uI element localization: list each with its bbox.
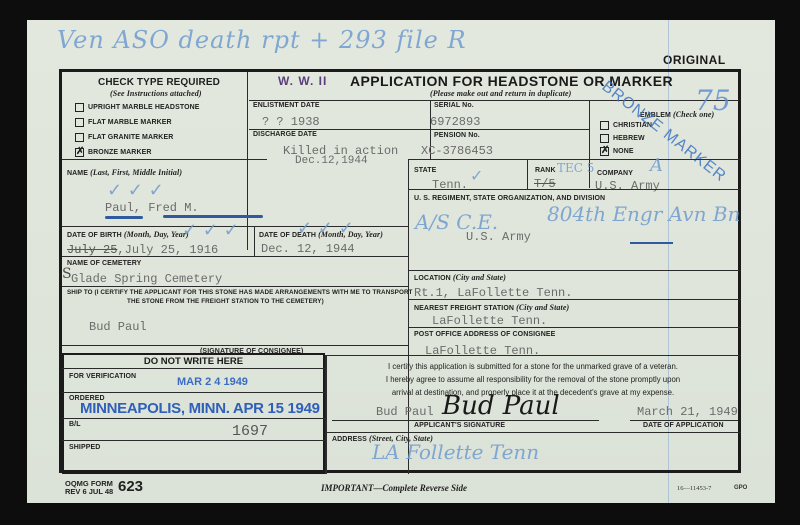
- scribble-annotation: 75: [695, 84, 731, 117]
- regiment-underline: [630, 242, 673, 244]
- ship-to-label-line2: THE STONE FROM THE FREIGHT STATION TO TH…: [127, 298, 324, 305]
- form-id: OQMG FORM REV 6 JUL 48: [65, 480, 113, 496]
- ordered-stamp: MINNEAPOLIS, MINN. APR 15 1949: [80, 400, 320, 417]
- important-note: IMPORTANT—Complete Reverse Side: [321, 483, 467, 493]
- checkbox[interactable]: [75, 118, 84, 127]
- checkbox[interactable]: [75, 133, 84, 142]
- name-value[interactable]: Paul, Fred M.: [105, 201, 199, 215]
- regiment-value[interactable]: U.S. Army: [466, 230, 531, 244]
- enlistment-date-value[interactable]: ? ? 1938: [262, 115, 320, 129]
- rank-correction: TEC 5: [557, 161, 594, 175]
- location-value[interactable]: Rt.1, LaFollette Tenn.: [414, 286, 572, 300]
- company-letter: A: [650, 155, 663, 176]
- emblem-option-hebrew[interactable]: HEBREW: [600, 132, 652, 145]
- gpo-mark: GPO: [734, 485, 747, 491]
- for-verification-label: FOR VERIFICATION: [69, 373, 136, 380]
- company-value[interactable]: U.S. Army: [595, 179, 660, 193]
- option-upright-marble-headstone[interactable]: UPRIGHT MARBLE HEADSTONE: [75, 100, 200, 115]
- serial-no-value[interactable]: 6972893: [430, 115, 480, 129]
- enlistment-date-label: ENLISTMENT DATE: [253, 102, 320, 109]
- shipped-label: SHIPPED: [69, 444, 100, 451]
- date-of-birth-value[interactable]: July 25,July 25, 1916: [67, 243, 218, 257]
- check-type-options: UPRIGHT MARBLE HEADSTONE FLAT MARBLE MAR…: [75, 100, 200, 160]
- location-label: LOCATION (City and State): [414, 273, 506, 282]
- emblem-option-none[interactable]: NONE: [600, 145, 652, 158]
- checkbox[interactable]: [600, 121, 609, 130]
- post-office-label: POST OFFICE ADDRESS OF CONSIGNEE: [414, 331, 555, 338]
- ww2-stamp: W. W. II: [278, 74, 327, 88]
- date-of-application-value[interactable]: March 21, 1949: [637, 405, 738, 419]
- applicant-signature[interactable]: Bud Paul: [442, 391, 560, 421]
- applicant-name-typed: Bud Paul: [376, 405, 434, 419]
- cemetery-label: NAME OF CEMETERY: [67, 260, 141, 267]
- discharge-date-label: DISCHARGE DATE: [253, 131, 317, 138]
- applicant-signature-label: APPLICANT'S SIGNATURE: [414, 422, 505, 429]
- headstone-application-form: Ven ASO death rpt + 293 file R ORIGINAL …: [27, 20, 775, 503]
- option-flat-granite-marker[interactable]: FLAT GRANITE MARKER: [75, 130, 200, 145]
- form-title: APPLICATION FOR HEADSTONE OR MARKER: [350, 73, 673, 89]
- discharge-date-value-2[interactable]: Dec.12,1944: [295, 155, 368, 167]
- dob-checkmarks: ✓ ✓ ✓: [182, 220, 239, 241]
- regiment-label: U. S. REGIMENT, STATE ORGANIZATION, AND …: [414, 195, 605, 202]
- regiment-handwritten-2: 804th Engr Avn Bn: [547, 202, 740, 226]
- state-label: STATE: [414, 167, 436, 174]
- freight-station-value[interactable]: LaFollette Tenn.: [432, 314, 547, 328]
- pension-no-value[interactable]: XC-3786453: [421, 144, 493, 158]
- name-underline: [105, 216, 143, 219]
- ship-to-label-line1: SHIP TO (I CERTIFY THE APPLICANT FOR THI…: [67, 289, 413, 296]
- name-label: NAME (Last, First, Middle Initial): [67, 168, 182, 177]
- state-checkmark: ✓: [470, 166, 483, 185]
- form-subtitle: (Please make out and return in duplicate…: [430, 89, 571, 98]
- name-checkmarks: ✓ ✓ ✓: [107, 180, 164, 201]
- dod-checkmarks: ✓ ✓ ✓: [297, 218, 354, 239]
- date-of-birth-label: DATE OF BIRTH (Month, Day, Year): [67, 230, 189, 239]
- option-bronze-marker[interactable]: BRONZE MARKER: [75, 145, 200, 160]
- check-type-subtitle: (See Instructions attached): [110, 89, 202, 98]
- checkbox[interactable]: [75, 103, 84, 112]
- check-type-title: CHECK TYPE REQUIRED: [98, 77, 220, 88]
- print-code: 16—11453-7: [677, 485, 711, 492]
- handwritten-note-top: Ven ASO death rpt + 293 file R: [57, 26, 467, 54]
- checkbox-checked[interactable]: [600, 147, 609, 156]
- bl-label: B/L: [69, 421, 81, 428]
- address-handwritten[interactable]: LA Follette Tenn: [372, 440, 539, 464]
- checkbox-checked[interactable]: [75, 148, 84, 157]
- pension-no-label: PENSION No.: [434, 132, 480, 139]
- option-flat-marble-marker[interactable]: FLAT MARBLE MARKER: [75, 115, 200, 130]
- verification-stamp: MAR 2 4 1949: [177, 376, 248, 388]
- checkbox[interactable]: [600, 134, 609, 143]
- name-underline-2: [163, 215, 263, 218]
- original-label: ORIGINAL: [663, 53, 726, 67]
- company-label: COMPANY: [597, 170, 633, 177]
- ship-to-value[interactable]: Bud Paul: [89, 320, 147, 334]
- cemetery-value[interactable]: Glade Spring Cemetery: [71, 272, 222, 286]
- date-of-death-value[interactable]: Dec. 12, 1944: [261, 242, 355, 256]
- rank-label: RANK: [535, 167, 556, 174]
- bl-value[interactable]: 1697: [232, 423, 268, 440]
- form-number: 623: [118, 478, 143, 495]
- serial-no-label: SERIAL No.: [434, 102, 474, 109]
- date-of-application-label: DATE OF APPLICATION: [643, 422, 724, 429]
- do-not-write-here-title: DO NOT WRITE HERE: [62, 353, 325, 367]
- freight-station-label: NEAREST FREIGHT STATION (City and State): [414, 303, 569, 312]
